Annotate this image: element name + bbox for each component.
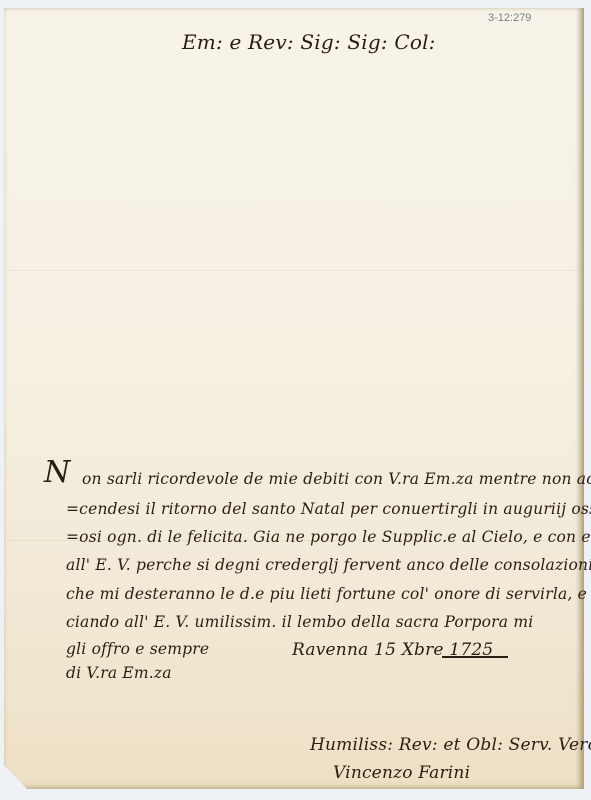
paper-fold-line — [4, 270, 582, 271]
body-line: on sarli ricordevole de mie debiti con V… — [82, 470, 591, 488]
signature-name: Vincenzo Farini — [333, 763, 470, 783]
body-line: che mi desteranno le d.e piu lieti fortu… — [66, 585, 591, 603]
salutation-text: Em: e Rev: Sig: Sig: Col: — [182, 30, 436, 54]
place-name: Ravenna — [292, 640, 368, 660]
signature-formula: Humiliss: Rev: et Obl: Serv. Vero — [310, 735, 591, 755]
body-line: all' E. V. perche si degni crederglj fer… — [66, 556, 591, 574]
decorated-initial: N — [44, 455, 70, 490]
date-underline — [442, 656, 508, 658]
salutation: Em: e Rev: Sig: Sig: Col: — [182, 30, 436, 54]
date-day: 15 — [374, 640, 396, 660]
body-line: =osi ogn. di le felicita. Gia ne porgo l… — [66, 528, 591, 546]
closing-line: di V.ra Em.za — [66, 664, 172, 682]
date-month: Xbre — [402, 640, 444, 660]
body-line: gli offro e sempre — [66, 640, 209, 658]
body-line: ciando all' E. V. umilissim. il lembo de… — [66, 613, 533, 631]
archive-number: 3-12:279 — [488, 12, 531, 24]
body-line: =cendesi il ritorno del santo Natal per … — [66, 500, 591, 518]
